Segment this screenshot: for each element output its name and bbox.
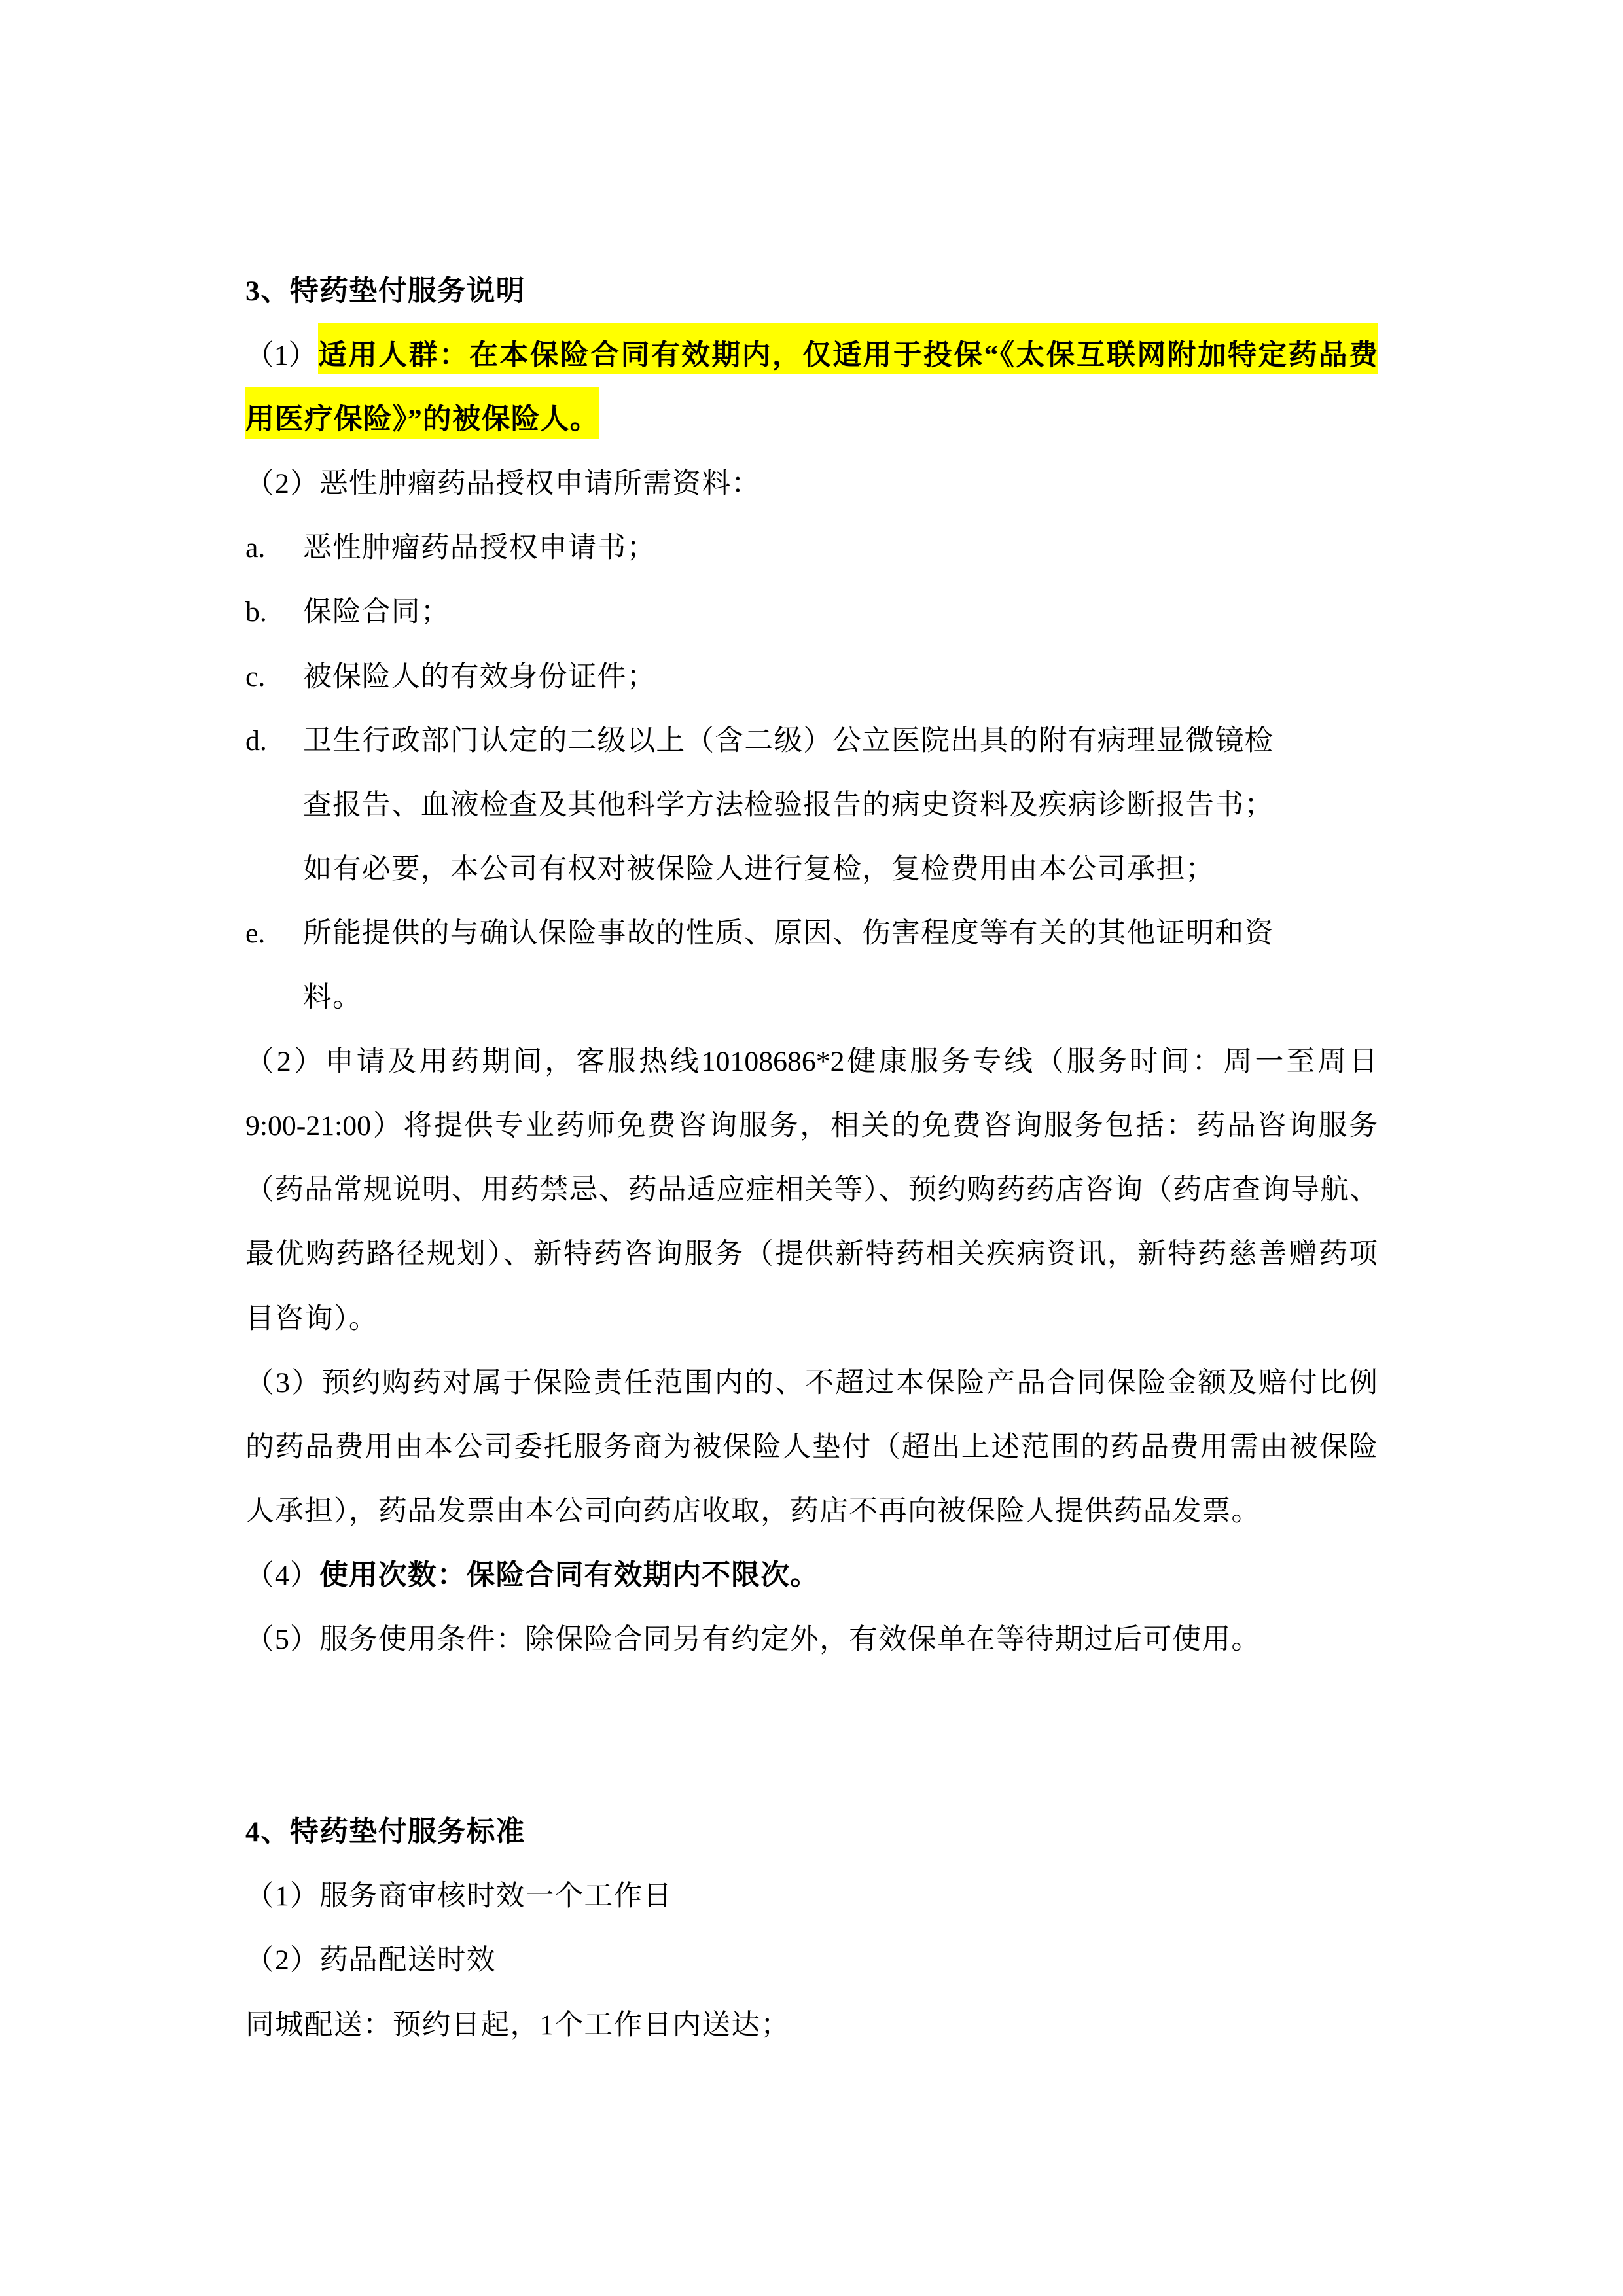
- material-item-b: b.保险合同；: [245, 580, 1378, 644]
- item-2-title: （2）恶性肿瘤药品授权申请所需资料：: [245, 452, 1378, 516]
- item-1-continuation: 用医疗保险》”的被保险人。: [245, 387, 1378, 452]
- item-3-line-3: 人承担），药品发票由本公司向药店收取，药店不再向被保险人提供药品发票。: [245, 1479, 1378, 1543]
- item-4-usage-count: （4）使用次数：保险合同有效期内不限次。: [245, 1543, 1378, 1607]
- item-5-usage-conditions: （5）服务使用条件：除保险合同另有约定外，有效保单在等待期过后可使用。: [245, 1607, 1378, 1672]
- material-item-e: e.所能提供的与确认保险事故的性质、原因、伤害程度等有关的其他证明和资: [245, 901, 1378, 965]
- list-item-text: 保险合同；: [303, 596, 450, 628]
- list-item-text: 所能提供的与确认保险事故的性质、原因、伤害程度等有关的其他证明和资: [303, 918, 1274, 949]
- section-4-item-2: （2）药品配送时效: [245, 1928, 1378, 1992]
- material-item-c: c.被保险人的有效身份证件；: [245, 645, 1378, 709]
- document-page: 3、特药垫付服务说明 （1）适用人群：在本保险合同有效期内，仅适用于投保“《太保…: [0, 0, 1623, 2296]
- list-marker: a.: [245, 516, 303, 580]
- blank-line: [245, 1672, 1378, 1736]
- local-delivery-text: 同城配送：预约日起，1个工作日内送达；: [245, 1993, 1378, 2057]
- list-item-text: 卫生行政部门认定的二级以上（含二级）公立医院出具的附有病理显微镜检: [303, 725, 1274, 757]
- section-3-heading: 3、特药垫付服务说明: [245, 259, 1378, 323]
- material-item-d: d.卫生行政部门认定的二级以上（含二级）公立医院出具的附有病理显微镜检: [245, 709, 1378, 773]
- list-item-text: 恶性肿瘤药品授权申请书；: [303, 532, 656, 564]
- list-marker: b.: [245, 580, 303, 644]
- document-body: 3、特药垫付服务说明 （1）适用人群：在本保险合同有效期内，仅适用于投保“《太保…: [245, 259, 1378, 2057]
- item-3-line-1: （3）预约购药对属于保险责任范围内的、不超过本保险产品合同保险金额及赔付比例: [245, 1351, 1378, 1415]
- consult-paragraph-line-1: （2）申请及用药期间，客服热线10108686*2健康服务专线（服务时间：周一至…: [245, 1030, 1378, 1094]
- consult-paragraph-line-4: 最优购药路径规划）、新特药咨询服务（提供新特药相关疾病资讯，新特药慈善赠药项: [245, 1222, 1378, 1286]
- section-4-heading: 4、特药垫付服务标准: [245, 1800, 1378, 1864]
- item-1-applicable-population: （1）适用人群：在本保险合同有效期内，仅适用于投保“《太保互联网附加特定药品费: [245, 323, 1378, 387]
- material-item-d-line-3: 如有必要，本公司有权对被保险人进行复检，复检费用由本公司承担；: [245, 837, 1378, 901]
- list-marker: e.: [245, 901, 303, 965]
- consult-paragraph-line-2: 9:00-21:00）将提供专业药师免费咨询服务，相关的免费咨询服务包括：药品咨…: [245, 1094, 1378, 1158]
- list-marker: d.: [245, 709, 303, 773]
- item-4-label: （4）: [245, 1560, 319, 1591]
- item-4-bold-text: 使用次数：保险合同有效期内不限次。: [319, 1560, 819, 1591]
- list-item-text: 被保险人的有效身份证件；: [303, 661, 656, 692]
- highlighted-text-line-2: 用医疗保险》”的被保险人。: [245, 387, 599, 439]
- material-item-e-line-2: 料。: [245, 965, 1378, 1030]
- consult-paragraph-line-5: 目咨询）。: [245, 1287, 1378, 1351]
- highlighted-text-line-1: 适用人群：在本保险合同有效期内，仅适用于投保“《太保互联网附加特定药品费: [318, 323, 1378, 374]
- consult-paragraph-line-3: （药品常规说明、用药禁忌、药品适应症相关等）、预约购药药店咨询（药店查询导航、: [245, 1158, 1378, 1222]
- blank-line: [245, 1736, 1378, 1800]
- item-3-line-2: 的药品费用由本公司委托服务商为被保险人垫付（超出上述范围的药品费用需由被保险: [245, 1415, 1378, 1479]
- list-marker: c.: [245, 645, 303, 709]
- section-4-item-1: （1）服务商审核时效一个工作日: [245, 1864, 1378, 1928]
- material-item-d-line-2: 查报告、血液检查及其他科学方法检验报告的病史资料及疾病诊断报告书；: [245, 773, 1378, 837]
- material-item-a: a.恶性肿瘤药品授权申请书；: [245, 516, 1378, 580]
- item-1-label: （1）: [245, 323, 318, 387]
